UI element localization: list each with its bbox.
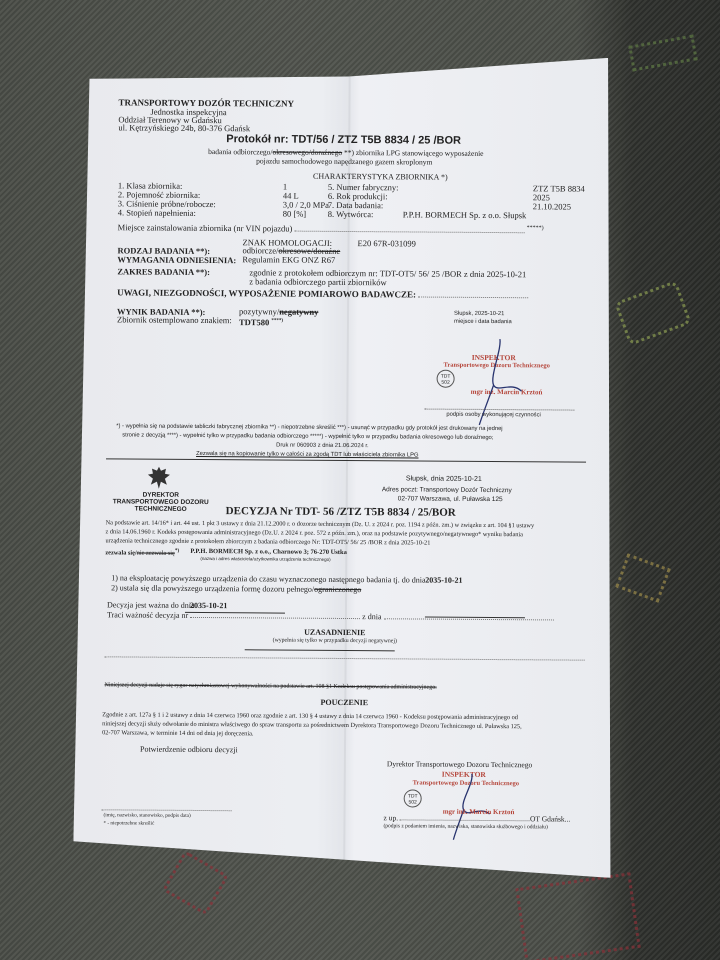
scope-label: ZAKRES BADANIA **): bbox=[117, 267, 210, 277]
protocol-title: Protokół nr: TDT/56 / ZTZ T5B 8834 / 25 … bbox=[226, 133, 461, 147]
polish-eagle-emblem-icon bbox=[146, 465, 172, 491]
tdt-badge-icon: TDT502 bbox=[404, 789, 422, 807]
stamp-value: TDT580 ****) bbox=[239, 316, 283, 327]
requirements-value: Regulamin EKG ONZ R67 bbox=[242, 255, 335, 265]
footnote-2: stronie z decyzją ****) - wypełnić tylko… bbox=[122, 432, 493, 441]
print-number: Druk nr 060903 z dnia 21.06.2024 r. bbox=[276, 443, 369, 450]
decision-title: DECYZJA Nr TDT- 56 /ZTZ T5B 8834 / 25/BO… bbox=[226, 505, 456, 519]
subtitle-struck: okresowego/doraźnego bbox=[273, 147, 343, 156]
rigor-notice: Niniejszej decyzji nadaje się rygor naty… bbox=[104, 682, 436, 690]
underline bbox=[245, 649, 395, 651]
scope-value-2: z badania odbiorczego partii zbiorników bbox=[249, 277, 386, 287]
postal-address-2: 02-707 Warszawa, ul. Puławska 125 bbox=[398, 495, 503, 503]
homologation-value: E20 67R-031099 bbox=[358, 239, 416, 248]
exam-place-caption: miejsce i data badania bbox=[454, 319, 512, 325]
valid-until-label: Decyzja jest ważna do dnia bbox=[107, 600, 195, 610]
fabric-pattern bbox=[162, 850, 229, 915]
tank-right-column: 5. Numer fabryczny:ZTZ T5B 8834 6. Rok p… bbox=[328, 183, 608, 221]
receipt-caption: (imię, nazwisko, stanowisko, podpis data… bbox=[104, 812, 191, 819]
requirements-label: WYMAGANIA ODNIESIENIA: bbox=[117, 255, 236, 265]
receipt-label: Potwierdzenie odbioru decyzji bbox=[140, 745, 238, 755]
emblem-caption-3: TECHNICZNEGO bbox=[106, 505, 216, 513]
footnote-1: *) - wypełnia się na podstawie tabliczki… bbox=[116, 423, 502, 432]
postal-address: Adres poczt: Transportowy Dozór Technicz… bbox=[382, 486, 512, 494]
decision-place-date: Słupsk, dnia 2025-10-21 bbox=[406, 475, 482, 483]
stamp-label: Zbiornik ostemplowano znakiem: bbox=[117, 315, 232, 325]
fabric-pattern bbox=[615, 553, 671, 603]
fabric-pattern bbox=[628, 34, 698, 71]
document-paper: TRANSPORTOWY DOZÓR TECHNICZNY Jednostka … bbox=[73, 54, 619, 878]
valid-until-date: 2035-10-21 bbox=[190, 601, 227, 610]
owner-caption: (nazwa i adres właściciela/użytkownika u… bbox=[200, 556, 330, 562]
fabric-pattern bbox=[515, 872, 640, 960]
instruction-text-3: 02-707 Warszawa, w terminie 14 dni od dn… bbox=[102, 729, 253, 737]
section-title: CHARAKTERYSTYKA ZBIORNIKA *) bbox=[313, 172, 448, 182]
instruction-text: Zgodnie z art. 127a § 1 i 2 ustawy z dni… bbox=[102, 711, 518, 721]
tank-left-column: 1. Klasa zbiornika:1 2. Pojemność zbiorn… bbox=[118, 181, 333, 219]
director-title: Dyrektor Transportowego Dozoru Techniczn… bbox=[387, 759, 532, 769]
protocol-subtitle-2: pojazdu samochodowego napędzanego gazem … bbox=[256, 156, 432, 166]
permit-text: zezwala się/nie zezwala się*) bbox=[105, 547, 179, 557]
justification-note: (wypełnia się tylko w przypadku decyzji … bbox=[195, 637, 475, 645]
decision-item-2: 2) ustala się dla powyższego urządzenia … bbox=[111, 583, 361, 594]
signature-caption-2: (podpis z podaniem imienia, nazwiska, st… bbox=[383, 823, 547, 830]
tank-row: 4. Stopień napełnienia:80 [%] bbox=[118, 208, 333, 219]
next-exam-date: 2035-10-21 bbox=[425, 576, 462, 585]
copy-notice: Zezwala się na kopiowanie tylko w całośc… bbox=[196, 451, 418, 459]
org-address: ul. Kętrzyńskiego 24b, 80-376 Gdańsk bbox=[118, 123, 250, 133]
instruction-heading: POUCZENIE bbox=[204, 697, 484, 708]
fabric-pattern bbox=[614, 280, 692, 346]
tdt-badge-icon: TDT502 bbox=[437, 370, 455, 388]
zup-signature-line: z up. OT Gdańsk... bbox=[384, 813, 571, 823]
remarks-label: UWAGI, NIEZGODNOŚCI, WYPOSAŻENIE POMIARO… bbox=[117, 288, 528, 300]
instruction-text-2: niniejszej decyzji służy odwołanie do mi… bbox=[102, 720, 522, 730]
decision-body-3: urządzenia technicznego zgodnie z protok… bbox=[105, 537, 430, 546]
decision-body-2: z dnia 14.06.1960 r. Kodeks postępowania… bbox=[106, 528, 523, 538]
signature-caption: podpis osoby wykonującej czynności bbox=[446, 412, 540, 419]
receipt-note: * - niepotrzebne skreślić bbox=[103, 820, 154, 826]
subtitle-text: badania odbiorczego/ bbox=[208, 147, 272, 156]
vin-field: Miejsce zainstalowania zbiornika (nr VIN… bbox=[118, 221, 544, 235]
exam-place-date: Słupsk, 2025-10-21 bbox=[454, 311, 504, 317]
receipt-signature-line bbox=[102, 809, 232, 811]
owner-name: P.P.H. BORMECH Sp. z o.o., Charnowo 3; 7… bbox=[190, 548, 346, 556]
